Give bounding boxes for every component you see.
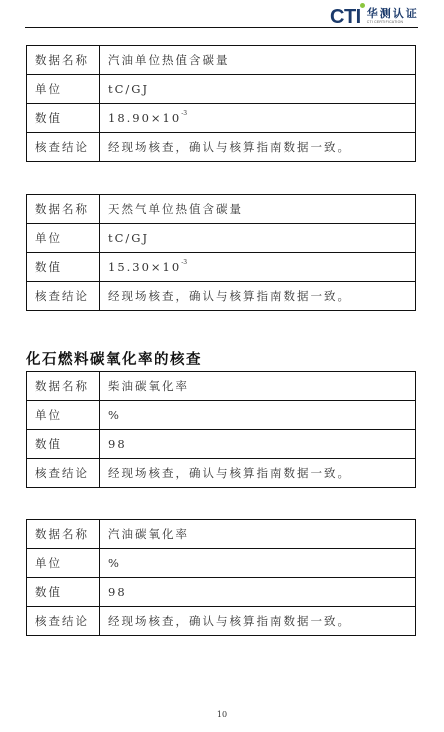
table-row: 核查结论经现场核查，确认与核算指南数据一致。	[27, 607, 416, 636]
table-row: 核查结论经现场核查，确认与核算指南数据一致。	[27, 459, 416, 488]
logo-chinese-name: 华测认证	[367, 7, 419, 20]
data-table-diesel-oxidation-rate: 数据名称柴油碳氧化率 单位% 数值98 核查结论经现场核查，确认与核算指南数据一…	[26, 371, 416, 488]
row-value: 经现场核查，确认与核算指南数据一致。	[100, 607, 416, 636]
table-row: 数据名称柴油碳氧化率	[27, 372, 416, 401]
row-value: %	[100, 549, 416, 578]
row-label: 单位	[27, 224, 100, 253]
row-label: 核查结论	[27, 607, 100, 636]
table-row: 单位tC/GJ	[27, 75, 416, 104]
table-row: 单位%	[27, 549, 416, 578]
logo-dot-icon	[360, 3, 365, 8]
row-label: 单位	[27, 401, 100, 430]
row-value: 98	[100, 578, 416, 607]
row-value: 汽油碳氧化率	[100, 520, 416, 549]
table-row: 数值18.90×10-3	[27, 104, 416, 133]
table-row: 核查结论经现场核查，确认与核算指南数据一致。	[27, 133, 416, 162]
table-row: 数据名称汽油单位热值含碳量	[27, 46, 416, 75]
row-label: 数据名称	[27, 46, 100, 75]
data-table-gasoline-oxidation-rate: 数据名称汽油碳氧化率 单位% 数值98 核查结论经现场核查，确认与核算指南数据一…	[26, 519, 416, 636]
row-value: 柴油碳氧化率	[100, 372, 416, 401]
value-exponent: -3	[181, 110, 187, 117]
table-row: 单位tC/GJ	[27, 224, 416, 253]
row-value: tC/GJ	[100, 75, 416, 104]
table-row: 数值98	[27, 430, 416, 459]
table-row: 核查结论经现场核查，确认与核算指南数据一致。	[27, 282, 416, 311]
row-label: 数值	[27, 578, 100, 607]
table-row: 数值98	[27, 578, 416, 607]
row-label: 核查结论	[27, 133, 100, 162]
table-row: 单位%	[27, 401, 416, 430]
row-label: 单位	[27, 549, 100, 578]
table-row: 数据名称汽油碳氧化率	[27, 520, 416, 549]
table-row: 数值15.30×10-3	[27, 253, 416, 282]
header-divider	[25, 27, 418, 28]
row-label: 数据名称	[27, 372, 100, 401]
table-row: 数据名称天然气单位热值含碳量	[27, 195, 416, 224]
row-label: 数值	[27, 253, 100, 282]
logo-brand: CTI	[330, 7, 361, 27]
row-label: 核查结论	[27, 282, 100, 311]
row-label: 数据名称	[27, 520, 100, 549]
value-exponent: -3	[181, 259, 187, 266]
row-label: 核查结论	[27, 459, 100, 488]
page-number: 10	[0, 710, 444, 719]
row-label: 单位	[27, 75, 100, 104]
row-value: 15.30×10-3	[100, 253, 416, 282]
data-table-gasoline-carbon-content: 数据名称汽油单位热值含碳量 单位tC/GJ 数值18.90×10-3 核查结论经…	[26, 45, 416, 162]
cti-logo: CTI 华测认证 CTI CERTIFICATION	[330, 7, 419, 27]
row-value: tC/GJ	[100, 224, 416, 253]
row-value: 经现场核查，确认与核算指南数据一致。	[100, 133, 416, 162]
row-label: 数据名称	[27, 195, 100, 224]
row-value: %	[100, 401, 416, 430]
row-label: 数值	[27, 430, 100, 459]
value-number: 15.30×10	[108, 260, 181, 274]
value-number: 18.90×10	[108, 111, 181, 125]
data-table-natural-gas-carbon-content: 数据名称天然气单位热值含碳量 单位tC/GJ 数值15.30×10-3 核查结论…	[26, 194, 416, 311]
logo-english-name: CTI CERTIFICATION	[367, 20, 419, 25]
section-title: 化石燃料碳氧化率的核查	[26, 348, 202, 369]
row-value: 经现场核查，确认与核算指南数据一致。	[100, 282, 416, 311]
row-value: 经现场核查，确认与核算指南数据一致。	[100, 459, 416, 488]
row-label: 数值	[27, 104, 100, 133]
row-value: 天然气单位热值含碳量	[100, 195, 416, 224]
row-value: 汽油单位热值含碳量	[100, 46, 416, 75]
row-value: 98	[100, 430, 416, 459]
row-value: 18.90×10-3	[100, 104, 416, 133]
